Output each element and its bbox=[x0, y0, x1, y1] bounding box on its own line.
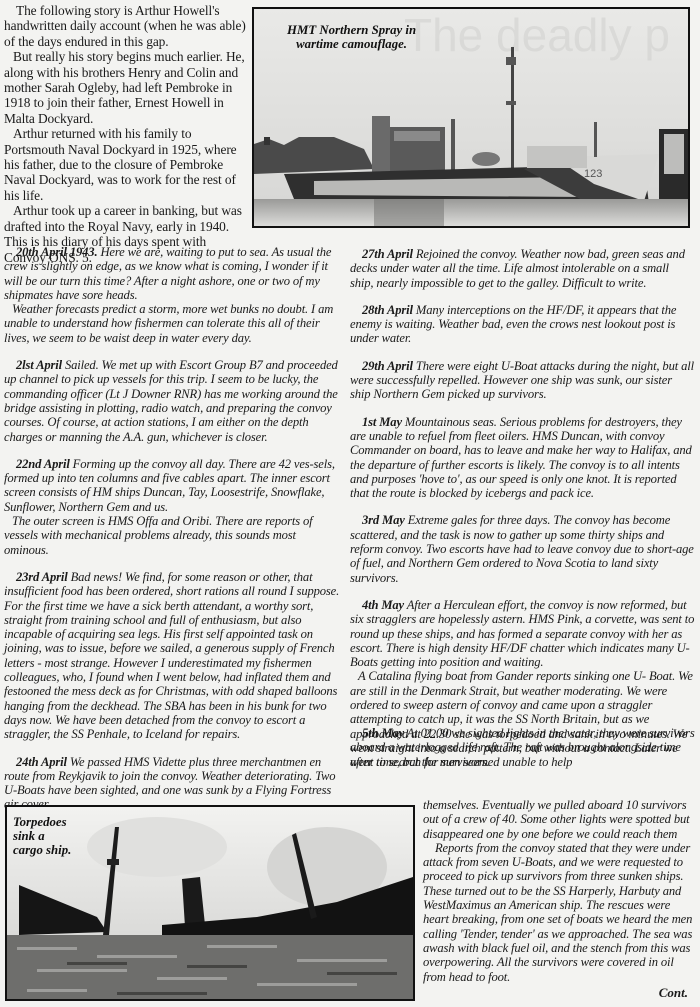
entry-date: 20th April 1943. bbox=[16, 245, 97, 259]
intro-paragraph: Arthur returned with his family to Ports… bbox=[4, 126, 250, 203]
continued-label: Cont. bbox=[659, 985, 688, 1001]
entry-date: 22nd April bbox=[16, 457, 70, 471]
intro-text: The following story is Arthur Howell's h… bbox=[4, 3, 250, 265]
photo-caption-bottom: Torpedoes sink a cargo ship. bbox=[13, 815, 71, 857]
diary-entry: 1st May Mountainous seas. Serious proble… bbox=[350, 415, 695, 501]
diary-entry: 28th April Many interceptions on the HF/… bbox=[350, 303, 695, 346]
entry-date: 29th April bbox=[362, 359, 413, 373]
diary-entry-may5-wrap: themselves. Eventually we pulled aboard … bbox=[423, 798, 695, 984]
diary-entry: 23rd April Bad news! We find, for some r… bbox=[4, 570, 340, 742]
diary-column-left: 20th April 1943. Here we are, waiting to… bbox=[4, 245, 340, 825]
entry-date: 4th May bbox=[362, 598, 404, 612]
entry-date: 27th April bbox=[362, 247, 413, 261]
diary-entry: 27th April Rejoined the convoy. Weather … bbox=[350, 247, 695, 290]
document-page: The following story is Arthur Howell's h… bbox=[0, 0, 700, 1007]
hull-number: 123 bbox=[584, 168, 602, 180]
diary-entry: 22nd April Forming up the convoy all day… bbox=[4, 457, 340, 557]
photo-northern-spray: The deadly p 123 bbox=[252, 7, 690, 228]
entry-date: 23rd April bbox=[16, 570, 68, 584]
diary-entry: 29th April There were eight U-Boat attac… bbox=[350, 359, 695, 402]
entry-date: 1st May bbox=[362, 415, 402, 429]
photo-caption-top: HMT Northern Spray in wartime camouflage… bbox=[287, 23, 416, 51]
entry-date: 5th May bbox=[362, 726, 404, 740]
diary-entry: 3rd May Extreme gales for three days. Th… bbox=[350, 513, 695, 584]
diary-column-right: 27th April Rejoined the convoy. Weather … bbox=[350, 247, 695, 783]
intro-paragraph: But really his story begins much earlier… bbox=[4, 49, 250, 126]
diary-entry: 24th April We passed HMS Vidette plus th… bbox=[4, 755, 340, 812]
photo-sinking-cargo-ship: Torpedoes sink a cargo ship. bbox=[5, 805, 415, 1001]
diary-entry: 20th April 1943. Here we are, waiting to… bbox=[4, 245, 340, 345]
entry-date: 24th April bbox=[16, 755, 67, 769]
diary-entry-may5-lead: 5th May At 01.00 we sighted lights in th… bbox=[350, 726, 695, 769]
entry-date: 2lst April bbox=[16, 358, 62, 372]
entry-date: 3rd May bbox=[362, 513, 405, 527]
intro-paragraph: The following story is Arthur Howell's h… bbox=[4, 3, 250, 49]
entry-date: 28th April bbox=[362, 303, 413, 317]
ghost-heading: The deadly p bbox=[404, 9, 670, 61]
diary-entry: 2lst April Sailed. We met up with Escort… bbox=[4, 358, 340, 444]
